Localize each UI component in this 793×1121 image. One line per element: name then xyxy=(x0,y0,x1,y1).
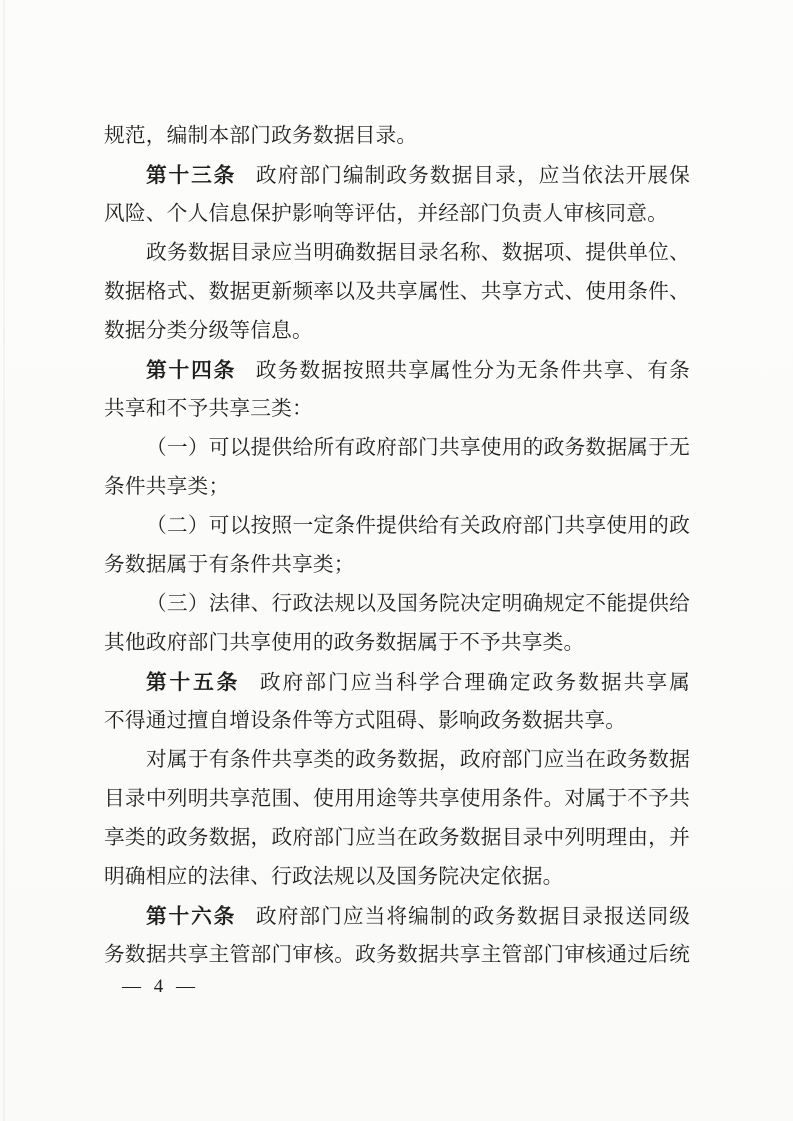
text-line: 务数据属于有条件共享类； xyxy=(104,546,690,585)
page-number: — 4 — xyxy=(122,976,199,998)
text-line: 共享和不予共享三类： xyxy=(104,390,690,429)
text-line: 数据格式、数据更新频率以及共享属性、共享方式、使用条件、 xyxy=(104,273,690,312)
article-number: 第十四条 xyxy=(146,359,236,382)
document-body: 规范，编制本部门政务数据目录。第十三条政府部门编制政务数据目录，应当依法开展保密… xyxy=(104,117,690,975)
text-line: 第十四条政务数据按照共享属性分为无条件共享、有条件 xyxy=(104,351,690,390)
text-line: 享类的政务数据，政府部门应当在政务数据目录中列明理由，并 xyxy=(104,819,690,858)
text-line: 政务数据目录应当明确数据目录名称、数据项、提供单位、 xyxy=(104,234,690,273)
text-line: 条件共享类； xyxy=(104,468,690,507)
document-page: 规范，编制本部门政务数据目录。第十三条政府部门编制政务数据目录，应当依法开展保密… xyxy=(0,0,793,1121)
text-line: 第十三条政府部门编制政务数据目录，应当依法开展保密 xyxy=(104,156,690,195)
text-line: 务数据共享主管部门审核。政务数据共享主管部门审核通过后统 xyxy=(104,936,690,975)
scan-edge-shadow xyxy=(3,0,5,1121)
text-line: 规范，编制本部门政务数据目录。 xyxy=(104,117,690,156)
article-number: 第十六条 xyxy=(146,905,236,928)
text-line: 风险、个人信息保护影响等评估，并经部门负责人审核同意。 xyxy=(104,195,690,234)
text-line: 第十六条政府部门应当将编制的政务数据目录报送同级政 xyxy=(104,897,690,936)
text-line: （三）法律、行政法规以及国务院决定明确规定不能提供给 xyxy=(104,585,690,624)
article-number: 第十三条 xyxy=(146,164,236,187)
text-line: （二）可以按照一定条件提供给有关政府部门共享使用的政 xyxy=(104,507,690,546)
text-line: 第十五条政府部门应当科学合理确定政务数据共享属性， xyxy=(104,663,690,702)
text-line: 目录中列明共享范围、使用用途等共享使用条件。对属于不予共 xyxy=(104,780,690,819)
text-line: 不得通过擅自增设条件等方式阻碍、影响政务数据共享。 xyxy=(104,702,690,741)
text-line: 数据分类分级等信息。 xyxy=(104,312,690,351)
text-line: 对属于有条件共享类的政务数据，政府部门应当在政务数据 xyxy=(104,741,690,780)
text-line: 其他政府部门共享使用的政务数据属于不予共享类。 xyxy=(104,624,690,663)
article-number: 第十五条 xyxy=(146,671,240,694)
text-line: 明确相应的法律、行政法规以及国务院决定依据。 xyxy=(104,858,690,897)
text-line: （一）可以提供给所有政府部门共享使用的政务数据属于无 xyxy=(104,429,690,468)
